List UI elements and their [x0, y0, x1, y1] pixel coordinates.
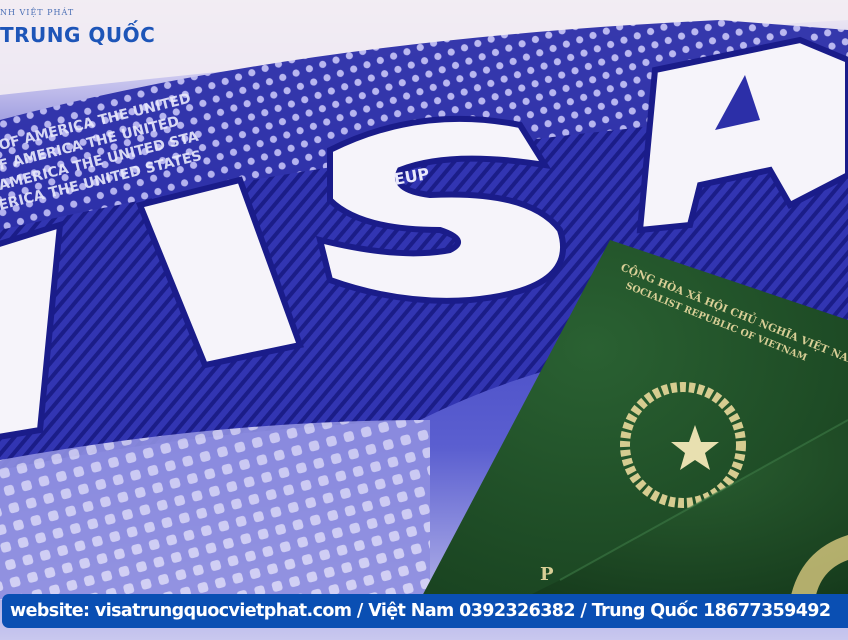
contact-banner: website: visatrungquocvietphat.com / Việ…: [2, 594, 848, 628]
brand-title: TRUNG QUỐC: [0, 23, 155, 47]
visa-passport-photo: OF AMERICA THE UNITED F AMERICA THE UNIT…: [0, 0, 848, 640]
brand-subtitle: NH VIỆT PHÁT: [0, 8, 74, 17]
svg-text:P: P: [540, 564, 554, 585]
contact-banner-text: website: visatrungquocvietphat.com / Việ…: [2, 601, 830, 621]
